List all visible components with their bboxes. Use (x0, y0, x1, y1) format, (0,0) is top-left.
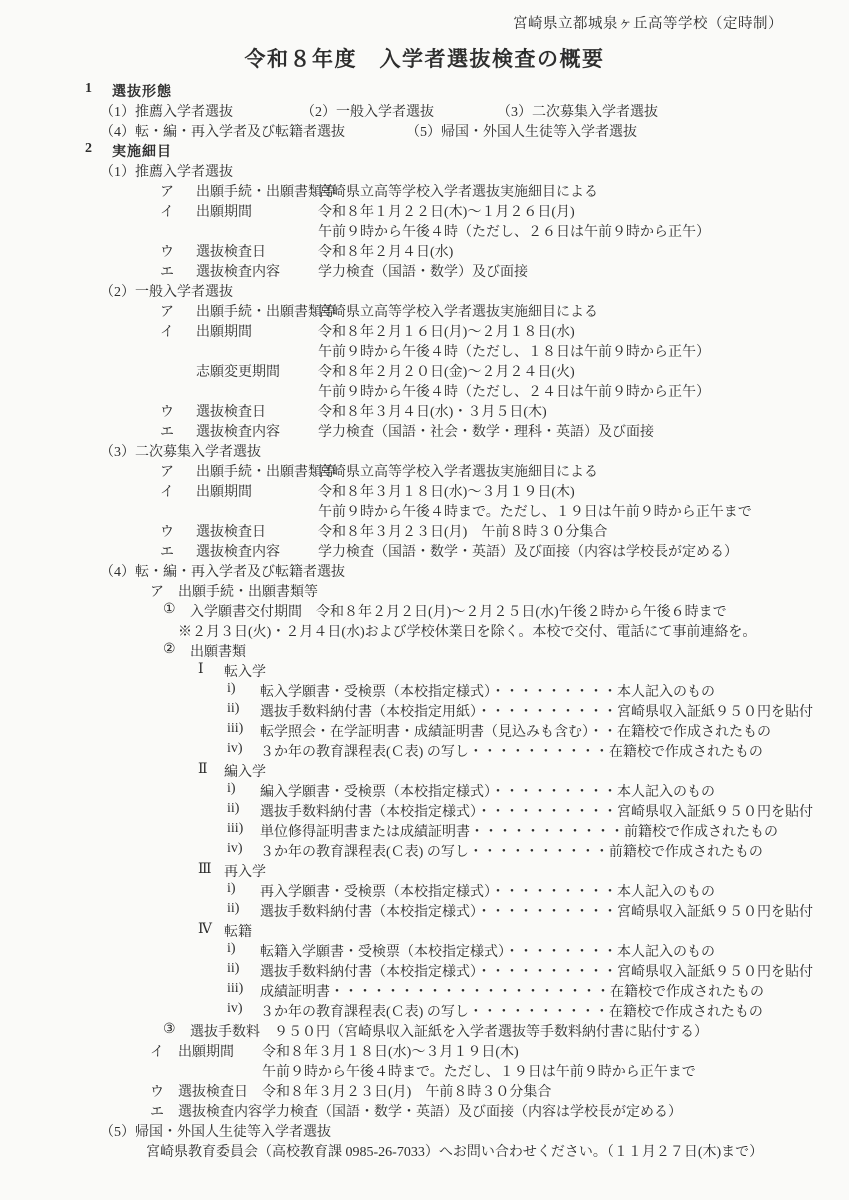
line-text: 午前９時から午後４時まで。ただし、１９日は午前９時から正午まで (262, 1061, 696, 1081)
subsection-heading: （4）転・編・再入学者及び転籍者選抜 (0, 561, 849, 581)
line-text: 転籍 (224, 921, 252, 941)
line-text: 転学照会・在学証明書・成績証明書（見込みも含む）・・在籍校で作成されたもの (260, 721, 771, 741)
field-label: 出願手続・出願書類等 (196, 181, 336, 201)
item-marker: 1 (85, 81, 93, 97)
item-marker: iii) (227, 981, 243, 997)
item-marker: Ⅰ (198, 661, 204, 678)
field-value: 令和８年３月１８日(水)～３月１９日(木) (262, 1041, 519, 1061)
field-row: エ選抜検査内容学力検査（国語・数学・英語）及び面接（内容は学校長が定める） (0, 1101, 849, 1121)
line-text: 転入学 (224, 661, 266, 681)
line-text: 成績証明書・・・・・・・・・・・・・・・・・・・・在籍校で作成されたもの (260, 981, 764, 1001)
field-value-continued: 午前９時から午後４時まで。ただし、１９日は午前９時から正午まで (0, 501, 849, 521)
contact-line: 宮崎県教育委員会（高校教育課 0985-26-7033）へお問い合わせください。… (0, 1141, 849, 1161)
document-list-item: ii)選抜手数料納付書（本校指定様式）・・・・・・・・・・宮崎県収入証紙９５０円… (0, 901, 849, 921)
item-marker: i) (227, 881, 236, 897)
field-label: 選抜検査日 (196, 521, 266, 541)
item-marker: i) (227, 781, 236, 797)
line-text: 午前９時から午後４時（ただし、１８日は午前９時から正午） (318, 341, 710, 361)
item-marker: ウ (160, 241, 174, 261)
subsection-heading: （2）一般入学者選抜 (0, 281, 849, 301)
numbered-item: ③選抜手数料 ９５０円（宮崎県収入証紙を入学者選抜等手数料納付書に貼付する） (0, 1021, 849, 1041)
line-text: 午前９時から午後４時（ただし、２４日は午前９時から正午） (318, 381, 710, 401)
field-label: 選抜検査内容 (196, 541, 280, 561)
item-marker: ii) (227, 701, 239, 717)
line-text: 選抜手数料納付書（本校指定様式）・・・・・・・・・・宮崎県収入証紙９５０円を貼付 (260, 901, 813, 921)
field-row: イ出願期間令和８年２月１６日(月)～２月１８日(水) (0, 321, 849, 341)
field-label: 選抜検査日 (196, 401, 266, 421)
roman-heading: Ⅱ編入学 (0, 761, 849, 781)
line-text: 出願書類 (190, 641, 246, 661)
field-value: 学力検査（国語・数学・英語）及び面接（内容は学校長が定める） (262, 1101, 682, 1121)
item-marker: ア (160, 461, 174, 481)
document-list-item: i)転入学願書・受検票（本校指定様式）・・・・・・・・・本人記入のもの (0, 681, 849, 701)
document-list-item: i)転籍入学願書・受検票（本校指定様式）・・・・・・・・本人記入のもの (0, 941, 849, 961)
item-marker: ア (160, 181, 174, 201)
field-value: 令和８年３月２３日(月) 午前８時３０分集合 (318, 521, 607, 541)
item-marker: iv) (227, 741, 243, 757)
field-value-continued: 午前９時から午後４時（ただし、１８日は午前９時から正午） (0, 341, 849, 361)
field-value-continued: 午前９時から午後４時（ただし、２６日は午前９時から正午） (0, 221, 849, 241)
document-body: 1選抜形態（1）推薦入学者選抜（2）一般入学者選抜（3）二次募集入学者選抜（4）… (0, 81, 849, 1161)
field-row: エ選抜検査内容学力検査（国語・数学）及び面接 (0, 261, 849, 281)
item-marker: Ⅱ (198, 761, 208, 778)
item-marker: Ⅲ (198, 861, 212, 878)
line-text: （3）二次募集入学者選抜 (100, 441, 261, 461)
document-list-item: i)再入学願書・受検票（本校指定様式）・・・・・・・・・本人記入のもの (0, 881, 849, 901)
document-list-item: iv)３か年の教育課程表(Ｃ表) の写し・・・・・・・・・・在籍校で作成されたも… (0, 741, 849, 761)
item-marker: ア (160, 301, 174, 321)
item-marker: ウ (160, 521, 174, 541)
item-marker: イ (150, 1041, 164, 1061)
field-row: ウ選抜検査日令和８年３月４日(水)・３月５日(木) (0, 401, 849, 421)
line-text: 実施細目 (112, 141, 172, 161)
line-text: 選抜手数料納付書（本校指定用紙）・・・・・・・・・・宮崎県収入証紙９５０円を貼付 (260, 701, 813, 721)
line-text: 入学願書交付期間 令和８年２月２日(月)～２月２５日(水)午後２時から午後６時ま… (190, 601, 727, 621)
item-marker: イ (160, 481, 174, 501)
subsection-heading: （1）推薦入学者選抜 (0, 161, 849, 181)
field-value-continued: 午前９時から午後４時まで。ただし、１９日は午前９時から正午まで (0, 1061, 849, 1081)
field-value: 令和８年２月１６日(月)～２月１８日(水) (318, 321, 575, 341)
field-value: 学力検査（国語・社会・数学・理科・英語）及び面接 (318, 421, 654, 441)
line-text: （2）一般入学者選抜 (301, 101, 434, 121)
field-row: ア出願手続・出願書類等宮崎県立高等学校入学者選抜実施細目による (0, 181, 849, 201)
multi-column-line: （1）推薦入学者選抜（2）一般入学者選抜（3）二次募集入学者選抜 (0, 101, 849, 121)
item-marker: エ (160, 421, 174, 441)
line-text: （2）一般入学者選抜 (100, 281, 233, 301)
line-text: 選抜手数料 ９５０円（宮崎県収入証紙を入学者選抜等手数料納付書に貼付する） (190, 1021, 708, 1041)
line-text: 選抜手数料納付書（本校指定様式）・・・・・・・・・・宮崎県収入証紙９５０円を貼付 (260, 961, 813, 981)
field-value-continued: 午前９時から午後４時（ただし、２４日は午前９時から正午） (0, 381, 849, 401)
item-marker: エ (160, 541, 174, 561)
numbered-item: ①入学願書交付期間 令和８年２月２日(月)～２月２５日(水)午後２時から午後６時… (0, 601, 849, 621)
item-marker: iv) (227, 841, 243, 857)
field-value: 令和８年３月４日(水)・３月５日(木) (318, 401, 547, 421)
line-text: 編入学 (224, 761, 266, 781)
document-list-item: i)編入学願書・受検票（本校指定様式）・・・・・・・・・本人記入のもの (0, 781, 849, 801)
field-value: 令和８年３月２３日(月) 午前８時３０分集合 (262, 1081, 551, 1101)
line-text: ３か年の教育課程表(Ｃ表) の写し・・・・・・・・・・在籍校で作成されたもの (260, 741, 763, 761)
document-list-item: ii)選抜手数料納付書（本校指定様式）・・・・・・・・・・宮崎県収入証紙９５０円… (0, 961, 849, 981)
field-row: ア出願手続・出願書類等宮崎県立高等学校入学者選抜実施細目による (0, 301, 849, 321)
item-marker: iii) (227, 821, 243, 837)
field-row: イ出願期間令和８年１月２２日(木)～１月２６日(月) (0, 201, 849, 221)
document-list-item: iii)転学照会・在学証明書・成績証明書（見込みも含む）・・在籍校で作成されたも… (0, 721, 849, 741)
item-marker: iii) (227, 721, 243, 737)
field-row: エ選抜検査内容学力検査（国語・社会・数学・理科・英語）及び面接 (0, 421, 849, 441)
line-text: 午前９時から午後４時（ただし、２６日は午前９時から正午） (318, 221, 710, 241)
line-text: （1）推薦入学者選抜 (100, 161, 233, 181)
line-text: （3）二次募集入学者選抜 (497, 101, 658, 121)
field-value: 令和８年２月２０日(金)～２月２４日(火) (318, 361, 575, 381)
field-row: ウ選抜検査日令和８年３月２３日(月) 午前８時３０分集合 (0, 1081, 849, 1101)
field-value: 学力検査（国語・数学）及び面接 (318, 261, 528, 281)
line-text: 編入学願書・受検票（本校指定様式）・・・・・・・・・本人記入のもの (260, 781, 715, 801)
subsection-heading: （3）二次募集入学者選抜 (0, 441, 849, 461)
line-text: ３か年の教育課程表(Ｃ表) の写し・・・・・・・・・・前籍校で作成されたもの (260, 841, 763, 861)
item-marker: イ (160, 321, 174, 341)
line-text: 宮崎県教育委員会（高校教育課 0985-26-7033）へお問い合わせください。… (146, 1141, 763, 1161)
roman-heading: Ⅳ転籍 (0, 921, 849, 941)
item-marker: ii) (227, 901, 239, 917)
numbered-item: ②出願書類 (0, 641, 849, 661)
field-value: 令和８年２月４日(水) (318, 241, 453, 261)
field-label: 出願期間 (178, 1041, 234, 1061)
item-marker: エ (160, 261, 174, 281)
field-value: 令和８年１月２２日(木)～１月２６日(月) (318, 201, 575, 221)
item-marker: Ⅳ (198, 921, 212, 938)
item-marker: エ (150, 1101, 164, 1121)
item-marker: ウ (160, 401, 174, 421)
document-list-item: ii)選抜手数料納付書（本校指定用紙）・・・・・・・・・・宮崎県収入証紙９５０円… (0, 701, 849, 721)
line-text: 転籍入学願書・受検票（本校指定様式）・・・・・・・・本人記入のもの (260, 941, 715, 961)
field-label: 出願手続・出願書類等 (196, 461, 336, 481)
field-label: 選抜検査内容 (196, 421, 280, 441)
page-title: 令和８年度 入学者選抜検査の概要 (0, 43, 849, 71)
item-marker: ③ (163, 1021, 176, 1038)
field-label: 選抜検査日 (178, 1081, 248, 1101)
field-value: 宮崎県立高等学校入学者選抜実施細目による (318, 181, 598, 201)
item-marker: ① (163, 601, 176, 618)
field-value: 宮崎県立高等学校入学者選抜実施細目による (318, 301, 598, 321)
field-row: イ出願期間令和８年３月１８日(水)～３月１９日(木) (0, 481, 849, 501)
line-text: 選抜形態 (112, 81, 172, 101)
field-label: 志願変更期間 (196, 361, 280, 381)
item-marker: iv) (227, 1001, 243, 1017)
document-list-item: iv)３か年の教育課程表(Ｃ表) の写し・・・・・・・・・・在籍校で作成されたも… (0, 1001, 849, 1021)
field-row: ア出願手続・出願書類等宮崎県立高等学校入学者選抜実施細目による (0, 461, 849, 481)
document-list-item: ii)選抜手数料納付書（本校指定様式）・・・・・・・・・・宮崎県収入証紙９５０円… (0, 801, 849, 821)
field-label: 出願期間 (196, 201, 252, 221)
field-value: 学力検査（国語・数学・英語）及び面接（内容は学校長が定める） (318, 541, 738, 561)
field-value: 宮崎県立高等学校入学者選抜実施細目による (318, 461, 598, 481)
school-name: 宮崎県立都城泉ヶ丘高等学校（定時制） (0, 0, 849, 32)
item-marker: ② (163, 641, 176, 658)
field-label: 出願期間 (196, 481, 252, 501)
field-label: 選抜検査日 (196, 241, 266, 261)
line-text: 午前９時から午後４時まで。ただし、１９日は午前９時から正午まで (318, 501, 752, 521)
item-marker: ii) (227, 961, 239, 977)
field-value: 令和８年３月１８日(水)～３月１９日(木) (318, 481, 575, 501)
document-list-item: iii)単位修得証明書または成績証明書・・・・・・・・・・・前籍校で作成されたも… (0, 821, 849, 841)
field-label: 選抜検査内容 (196, 261, 280, 281)
scan-page: 宮崎県立都城泉ヶ丘高等学校（定時制） 令和８年度 入学者選抜検査の概要 1選抜形… (0, 0, 849, 1200)
line-text: 再入学願書・受検票（本校指定様式）・・・・・・・・・本人記入のもの (260, 881, 715, 901)
field-row: ア出願手続・出願書類等 (0, 581, 849, 601)
section-heading: 2実施細目 (0, 141, 849, 161)
section-heading: 1選抜形態 (0, 81, 849, 101)
field-row: 志願変更期間令和８年２月２０日(金)～２月２４日(火) (0, 361, 849, 381)
line-text: 選抜手数料納付書（本校指定様式）・・・・・・・・・・宮崎県収入証紙９５０円を貼付 (260, 801, 813, 821)
roman-heading: Ⅲ再入学 (0, 861, 849, 881)
field-row: エ選抜検査内容学力検査（国語・数学・英語）及び面接（内容は学校長が定める） (0, 541, 849, 561)
line-text: ※２月３日(火)・２月４日(水)および学校休業日を除く。本校で交付、電話にて事前… (178, 621, 756, 641)
document-list-item: iii)成績証明書・・・・・・・・・・・・・・・・・・・・在籍校で作成されたもの (0, 981, 849, 1001)
line-text: ３か年の教育課程表(Ｃ表) の写し・・・・・・・・・・在籍校で作成されたもの (260, 1001, 763, 1021)
document-list-item: iv)３か年の教育課程表(Ｃ表) の写し・・・・・・・・・・前籍校で作成されたも… (0, 841, 849, 861)
line-text: （5）帰国・外国人生徒等入学者選抜 (406, 121, 637, 141)
item-marker: ii) (227, 801, 239, 817)
field-label: 出願手続・出願書類等 (178, 581, 318, 601)
field-label: 出願期間 (196, 321, 252, 341)
item-marker: i) (227, 681, 236, 697)
line-text: 転入学願書・受検票（本校指定様式）・・・・・・・・・本人記入のもの (260, 681, 715, 701)
field-label: 選抜検査内容 (178, 1101, 262, 1121)
item-marker: イ (160, 201, 174, 221)
roman-heading: Ⅰ転入学 (0, 661, 849, 681)
multi-column-line: （4）転・編・再入学者及び転籍者選抜（5）帰国・外国人生徒等入学者選抜 (0, 121, 849, 141)
field-label: 出願手続・出願書類等 (196, 301, 336, 321)
item-marker: i) (227, 941, 236, 957)
line-text: 再入学 (224, 861, 266, 881)
item-marker: 2 (85, 141, 93, 157)
line-text: 単位修得証明書または成績証明書・・・・・・・・・・・前籍校で作成されたもの (260, 821, 778, 841)
subsection-heading: （5）帰国・外国人生徒等入学者選抜 (0, 1121, 849, 1141)
field-row: ウ選抜検査日令和８年２月４日(水) (0, 241, 849, 261)
item-marker: ア (150, 581, 164, 601)
line-text: （4）転・編・再入学者及び転籍者選抜 (100, 121, 345, 141)
line-text: （1）推薦入学者選抜 (100, 101, 233, 121)
line-text: （4）転・編・再入学者及び転籍者選抜 (100, 561, 345, 581)
field-row: ウ選抜検査日令和８年３月２３日(月) 午前８時３０分集合 (0, 521, 849, 541)
line-text: （5）帰国・外国人生徒等入学者選抜 (100, 1121, 331, 1141)
field-row: イ出願期間令和８年３月１８日(水)～３月１９日(木) (0, 1041, 849, 1061)
note-line: ※２月３日(火)・２月４日(水)および学校休業日を除く。本校で交付、電話にて事前… (0, 621, 849, 641)
item-marker: ウ (150, 1081, 164, 1101)
